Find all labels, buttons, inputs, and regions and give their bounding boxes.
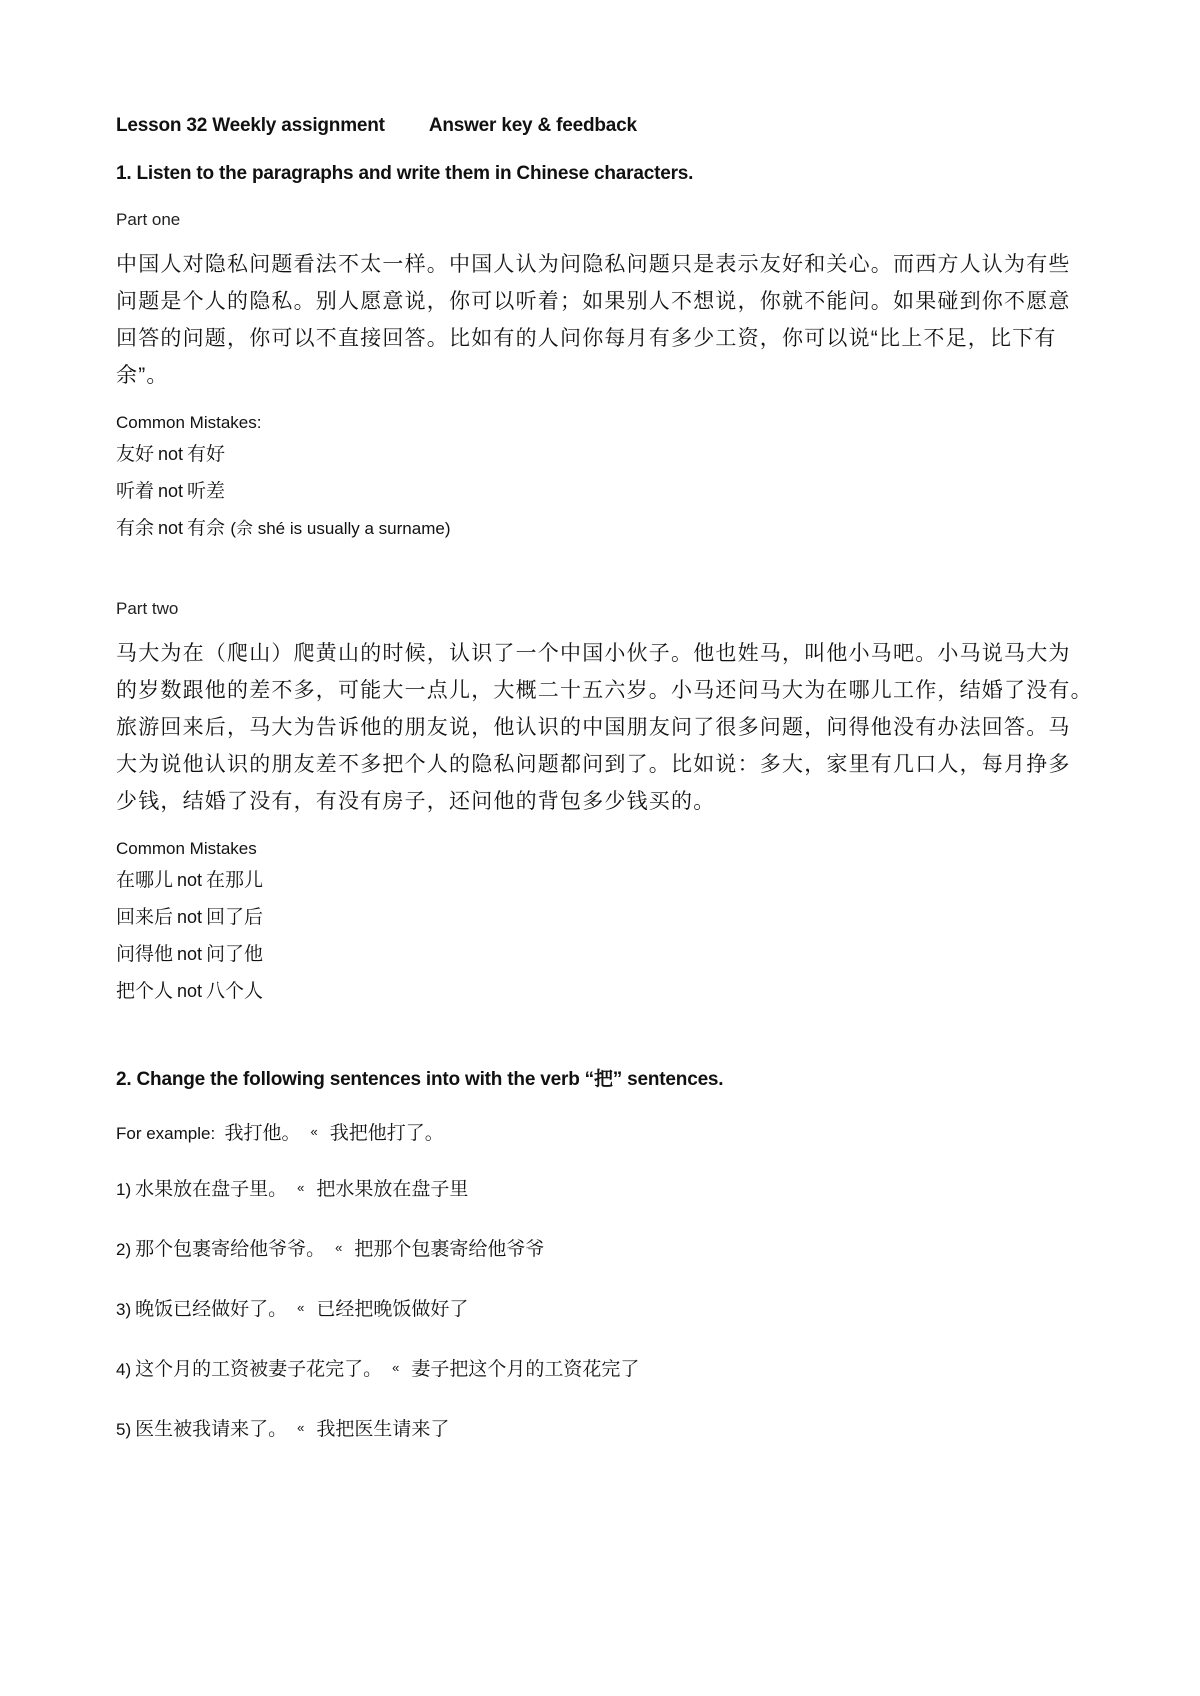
wrong-form: 有佘	[187, 518, 225, 539]
passage-line: 大为说他认识的朋友差不多把个人的隐私问题都问到了。比如说：多大，家里有几口人，每…	[116, 746, 1096, 783]
passage-line: 回答的问题，你可以不直接回答。比如有的人问你每月有多少工资，你可以说“比上不足，…	[116, 320, 1096, 357]
correct-form: 友好	[116, 444, 154, 465]
example-row: For example: 我打他。«我把他打了。	[116, 1118, 1096, 1148]
exercise-item: 2)那个包裹寄给他爷爷。«把那个包裹寄给他爷爷	[116, 1234, 1096, 1264]
wrong-form: 在那儿	[206, 870, 263, 891]
arrow-icon: «	[297, 1174, 304, 1202]
section-2-heading: 2. Change the following sentences into w…	[116, 1066, 1096, 1094]
item-answer: 妻子把这个月的工资花完了	[411, 1359, 639, 1380]
arrow-icon: «	[335, 1234, 342, 1262]
arrow-icon: «	[311, 1118, 318, 1146]
wrong-form: 问了他	[206, 944, 263, 965]
mistake-item: 听着not听差	[116, 473, 1096, 510]
part-one-label: Part one	[116, 208, 1096, 232]
item-source: 那个包裹寄给他爷爷。	[135, 1239, 325, 1260]
part-two-label: Part two	[116, 597, 1096, 621]
arrow-icon: «	[297, 1294, 304, 1322]
correct-form: 在哪儿	[116, 870, 173, 891]
example-answer: 我把他打了。	[330, 1123, 444, 1144]
part-one-common-mistakes: Common Mistakes: 友好not有好 听着not听差 有余not有佘…	[116, 410, 1096, 547]
example-prefix: For example:	[116, 1124, 215, 1143]
correct-form: 有余	[116, 518, 154, 539]
arrow-icon: «	[392, 1354, 399, 1382]
correct-form: 听着	[116, 481, 154, 502]
document-title-line: Lesson 32 Weekly assignmentAnswer key & …	[116, 112, 1096, 140]
wrong-form: 八个人	[206, 981, 263, 1002]
exercise-item: 5)医生被我请来了。«我把医生请来了	[116, 1414, 1096, 1444]
part-one-passage: 中国人对隐私问题看法不太一样。中国人认为问隐私问题只是表示友好和关心。而西方人认…	[116, 246, 1096, 394]
example-source: 我打他。	[224, 1123, 300, 1144]
item-answer: 把水果放在盘子里	[316, 1179, 468, 1200]
passage-line: 的岁数跟他的差不多，可能大一点儿，大概二十五六岁。小马还问马大为在哪儿工作，结婚…	[116, 672, 1096, 709]
passage-line: 余”。	[116, 357, 1096, 394]
passage-line: 马大为在（爬山）爬黄山的时候，认识了一个中国小伙子。他也姓马，叫他小马吧。小马说…	[116, 635, 1096, 672]
correct-form: 回来后	[116, 907, 173, 928]
item-source: 水果放在盘子里。	[135, 1179, 287, 1200]
document-title: Lesson 32 Weekly assignment	[116, 115, 385, 136]
item-number: 4)	[116, 1360, 131, 1379]
mistake-item: 回来后not回了后	[116, 899, 1096, 936]
not-label: not	[158, 481, 183, 501]
passage-line: 问题是个人的隐私。别人愿意说，你可以听着；如果别人不想说，你就不能问。如果碰到你…	[116, 283, 1096, 320]
mistake-note: (佘 shé is usually a surname)	[230, 519, 450, 538]
wrong-form: 有好	[187, 444, 225, 465]
mistake-item: 在哪儿not在那儿	[116, 862, 1096, 899]
item-answer: 我把医生请来了	[316, 1419, 449, 1440]
document-page: Lesson 32 Weekly assignmentAnswer key & …	[0, 0, 1200, 1696]
passage-line: 旅游回来后，马大为告诉他的朋友说，他认识的中国朋友问了很多问题，问得他没有办法回…	[116, 709, 1096, 746]
arrow-icon: «	[297, 1414, 304, 1442]
item-number: 5)	[116, 1420, 131, 1439]
section-1-heading: 1. Listen to the paragraphs and write th…	[116, 160, 1096, 188]
document-content: Lesson 32 Weekly assignmentAnswer key & …	[116, 112, 1096, 1444]
item-answer: 已经把晚饭做好了	[316, 1299, 468, 1320]
correct-form: 把个人	[116, 981, 173, 1002]
item-source: 这个月的工资被妻子花完了。	[135, 1359, 382, 1380]
exercise-item: 3)晚饭已经做好了。«已经把晚饭做好了	[116, 1294, 1096, 1324]
passage-line: 少钱，结婚了没有，有没有房子，还问他的背包多少钱买的。	[116, 783, 1096, 820]
wrong-form: 听差	[187, 481, 225, 502]
mistake-item: 问得他not问了他	[116, 936, 1096, 973]
mistake-item: 把个人not八个人	[116, 973, 1096, 1010]
item-number: 1)	[116, 1180, 131, 1199]
exercise-item: 4)这个月的工资被妻子花完了。«妻子把这个月的工资花完了	[116, 1354, 1096, 1384]
exercise-item: 1)水果放在盘子里。«把水果放在盘子里	[116, 1174, 1096, 1204]
common-mistakes-label: Common Mistakes	[116, 836, 1096, 862]
item-number: 3)	[116, 1300, 131, 1319]
not-label: not	[177, 981, 202, 1001]
correct-form: 问得他	[116, 944, 173, 965]
not-label: not	[158, 444, 183, 464]
not-label: not	[158, 518, 183, 538]
item-source: 医生被我请来了。	[135, 1419, 287, 1440]
item-answer: 把那个包裹寄给他爷爷	[354, 1239, 544, 1260]
passage-line: 中国人对隐私问题看法不太一样。中国人认为问隐私问题只是表示友好和关心。而西方人认…	[116, 246, 1096, 283]
not-label: not	[177, 870, 202, 890]
document-subtitle: Answer key & feedback	[429, 115, 637, 136]
wrong-form: 回了后	[206, 907, 263, 928]
not-label: not	[177, 907, 202, 927]
common-mistakes-label: Common Mistakes:	[116, 410, 1096, 436]
mistake-item: 友好not有好	[116, 436, 1096, 473]
part-two-common-mistakes: Common Mistakes 在哪儿not在那儿 回来后not回了后 问得他n…	[116, 836, 1096, 1010]
part-two-passage: 马大为在（爬山）爬黄山的时候，认识了一个中国小伙子。他也姓马，叫他小马吧。小马说…	[116, 635, 1096, 820]
not-label: not	[177, 944, 202, 964]
item-source: 晚饭已经做好了。	[135, 1299, 287, 1320]
item-number: 2)	[116, 1240, 131, 1259]
mistake-item: 有余not有佘 (佘 shé is usually a surname)	[116, 510, 1096, 547]
